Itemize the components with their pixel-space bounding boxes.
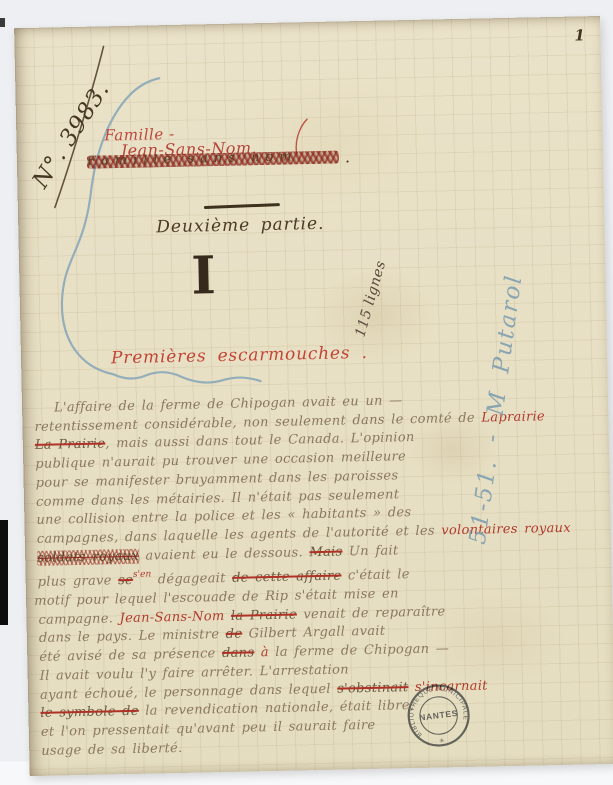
manuscript-segment: s'en (133, 570, 151, 580)
chapter-numeral: I (191, 250, 216, 302)
manuscript-segment: dans le pays. Le ministre (39, 627, 226, 646)
library-stamp: BIBLIOTHÈQUE MUNICIPALE NANTES ✳ (401, 678, 477, 754)
manuscript-segment: Jean-Sans-Nom (119, 609, 224, 626)
manuscript-segment: plus grave (38, 574, 119, 591)
manuscript-segment: c'était le (341, 567, 410, 583)
manuscript-segment: Gilbert Argall avait (242, 624, 385, 642)
manuscript-segment: le symbole de (40, 704, 139, 721)
manuscript-segment: se (118, 573, 133, 588)
manuscript-segment: dans (222, 646, 255, 662)
manuscript-segment: à (254, 645, 269, 660)
manuscript-segment: campagne. (38, 611, 119, 628)
scan-corner-artifact (0, 18, 5, 27)
chapter-title: Premières escarmouches . (111, 343, 368, 368)
manuscript-page: 1 N°. 3983. Famille - Jean-Sans-Nom. Fam… (14, 16, 613, 776)
section-divider-line (204, 203, 280, 209)
page-number: 1 (574, 26, 585, 44)
red-flourish-stroke (296, 119, 308, 154)
manuscript-segment: avaient eu le dessous. (139, 545, 310, 564)
struck-title-period: . (345, 147, 350, 166)
line-count-note: 115 lignes (347, 243, 395, 356)
manuscript-segment: volontaires royaux (441, 521, 571, 539)
stamp-bottom-star: ✳ (439, 737, 445, 745)
manuscript-segment: La Prairie (35, 437, 106, 453)
manuscript-segment: la Prairie (231, 607, 297, 623)
manuscript-segment: été avisé de sa présence (39, 646, 222, 665)
manuscript-scan: 1 N°. 3983. Famille - Jean-Sans-Nom. Fam… (0, 0, 613, 785)
part-heading: Deuxième partie. (156, 214, 325, 238)
manuscript-segment: s'obstinait (337, 680, 409, 696)
manuscript-segment: la ferme de Chipogan — (269, 641, 450, 660)
manuscript-segment: soldats royaux (37, 548, 139, 565)
manuscript-segment: venait de reparaître (297, 604, 446, 622)
stamp-center-text: NANTES (419, 708, 459, 723)
manuscript-segment: de (226, 627, 243, 642)
manuscript-segment: Un fait (342, 543, 398, 559)
manuscript-segment: de cette affaire (232, 569, 342, 586)
scan-edge-artifact (0, 520, 8, 625)
manuscript-segment: usage de sa liberté. (41, 741, 183, 759)
manuscript-segment: Mais (309, 544, 342, 560)
manuscript-segment: dégageait (151, 571, 232, 588)
